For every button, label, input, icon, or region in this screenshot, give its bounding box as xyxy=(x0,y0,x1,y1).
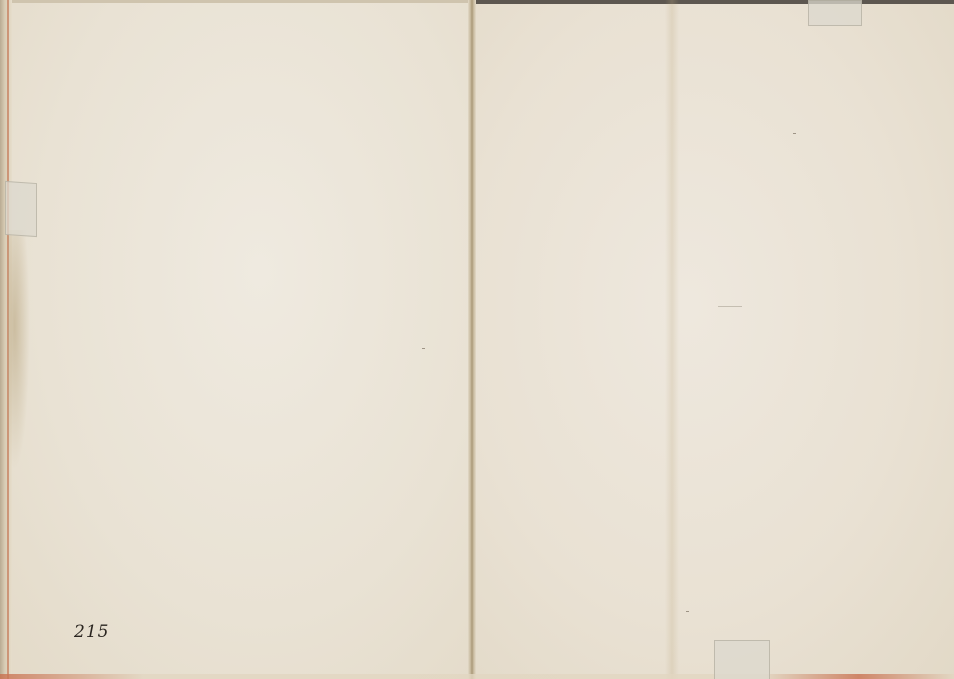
binding-gutter xyxy=(468,0,476,679)
tape-piece-top xyxy=(808,0,862,26)
paper-fold-crease xyxy=(665,0,679,679)
right-page xyxy=(472,0,954,679)
top-edge-right xyxy=(472,0,954,4)
top-edge-left xyxy=(0,0,472,3)
paper-speck xyxy=(686,611,689,612)
bottom-edge xyxy=(0,674,954,679)
paper-speck xyxy=(793,133,796,134)
folio-number: 215 xyxy=(74,622,109,642)
left-page xyxy=(0,0,472,679)
tape-piece-bottom xyxy=(714,640,770,679)
paper-speck xyxy=(422,348,425,349)
paper-speck xyxy=(718,306,742,307)
tape-piece-left xyxy=(5,181,37,237)
book-spread: 215 xyxy=(0,0,954,679)
water-stain xyxy=(8,230,30,470)
